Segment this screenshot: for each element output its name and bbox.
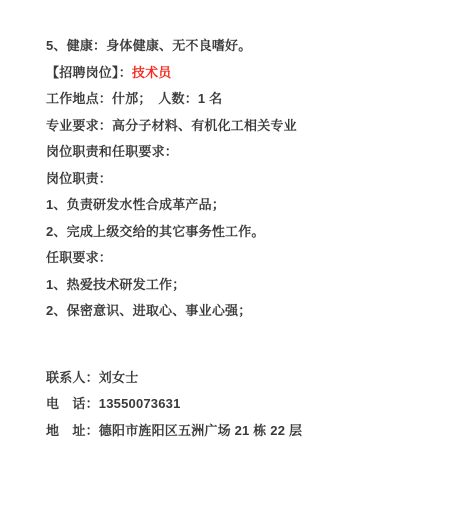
document-page: 5、健康：身体健康、无不良嗜好。 【招聘岗位】：技术员 工作地点：什邡； 人数：… (0, 0, 461, 518)
duty-item-2: 2、完成上级交给的其它事务性工作。 (46, 219, 441, 246)
section-gap (46, 325, 441, 365)
address-line: 地 址：德阳市旌阳区五洲广场 21 栋 22 层 (46, 418, 441, 445)
requirement-item-2: 2、保密意识、进取心、事业心强； (46, 298, 441, 325)
major-requirement-line: 专业要求：高分子材料、有机化工相关专业 (46, 113, 441, 140)
duties-requirements-header: 岗位职责和任职要求： (46, 139, 441, 166)
job-position-value: 技术员 (132, 65, 172, 80)
health-requirement-line: 5、健康：身体健康、无不良嗜好。 (46, 33, 441, 60)
phone-number-line: 电 话：13550073631 (46, 391, 441, 418)
document-content: 5、健康：身体健康、无不良嗜好。 【招聘岗位】：技术员 工作地点：什邡； 人数：… (0, 0, 461, 444)
duty-item-1: 1、负责研发水性合成革产品； (46, 192, 441, 219)
job-position-label: 【招聘岗位】： (46, 65, 132, 80)
work-location-line: 工作地点：什邡； 人数：1 名 (46, 86, 441, 113)
duties-title: 岗位职责： (46, 166, 441, 193)
requirement-item-1: 1、热爱技术研发工作； (46, 272, 441, 299)
requirements-title: 任职要求： (46, 245, 441, 272)
contact-person-line: 联系人：刘女士 (46, 365, 441, 392)
job-position-line: 【招聘岗位】：技术员 (46, 60, 441, 87)
